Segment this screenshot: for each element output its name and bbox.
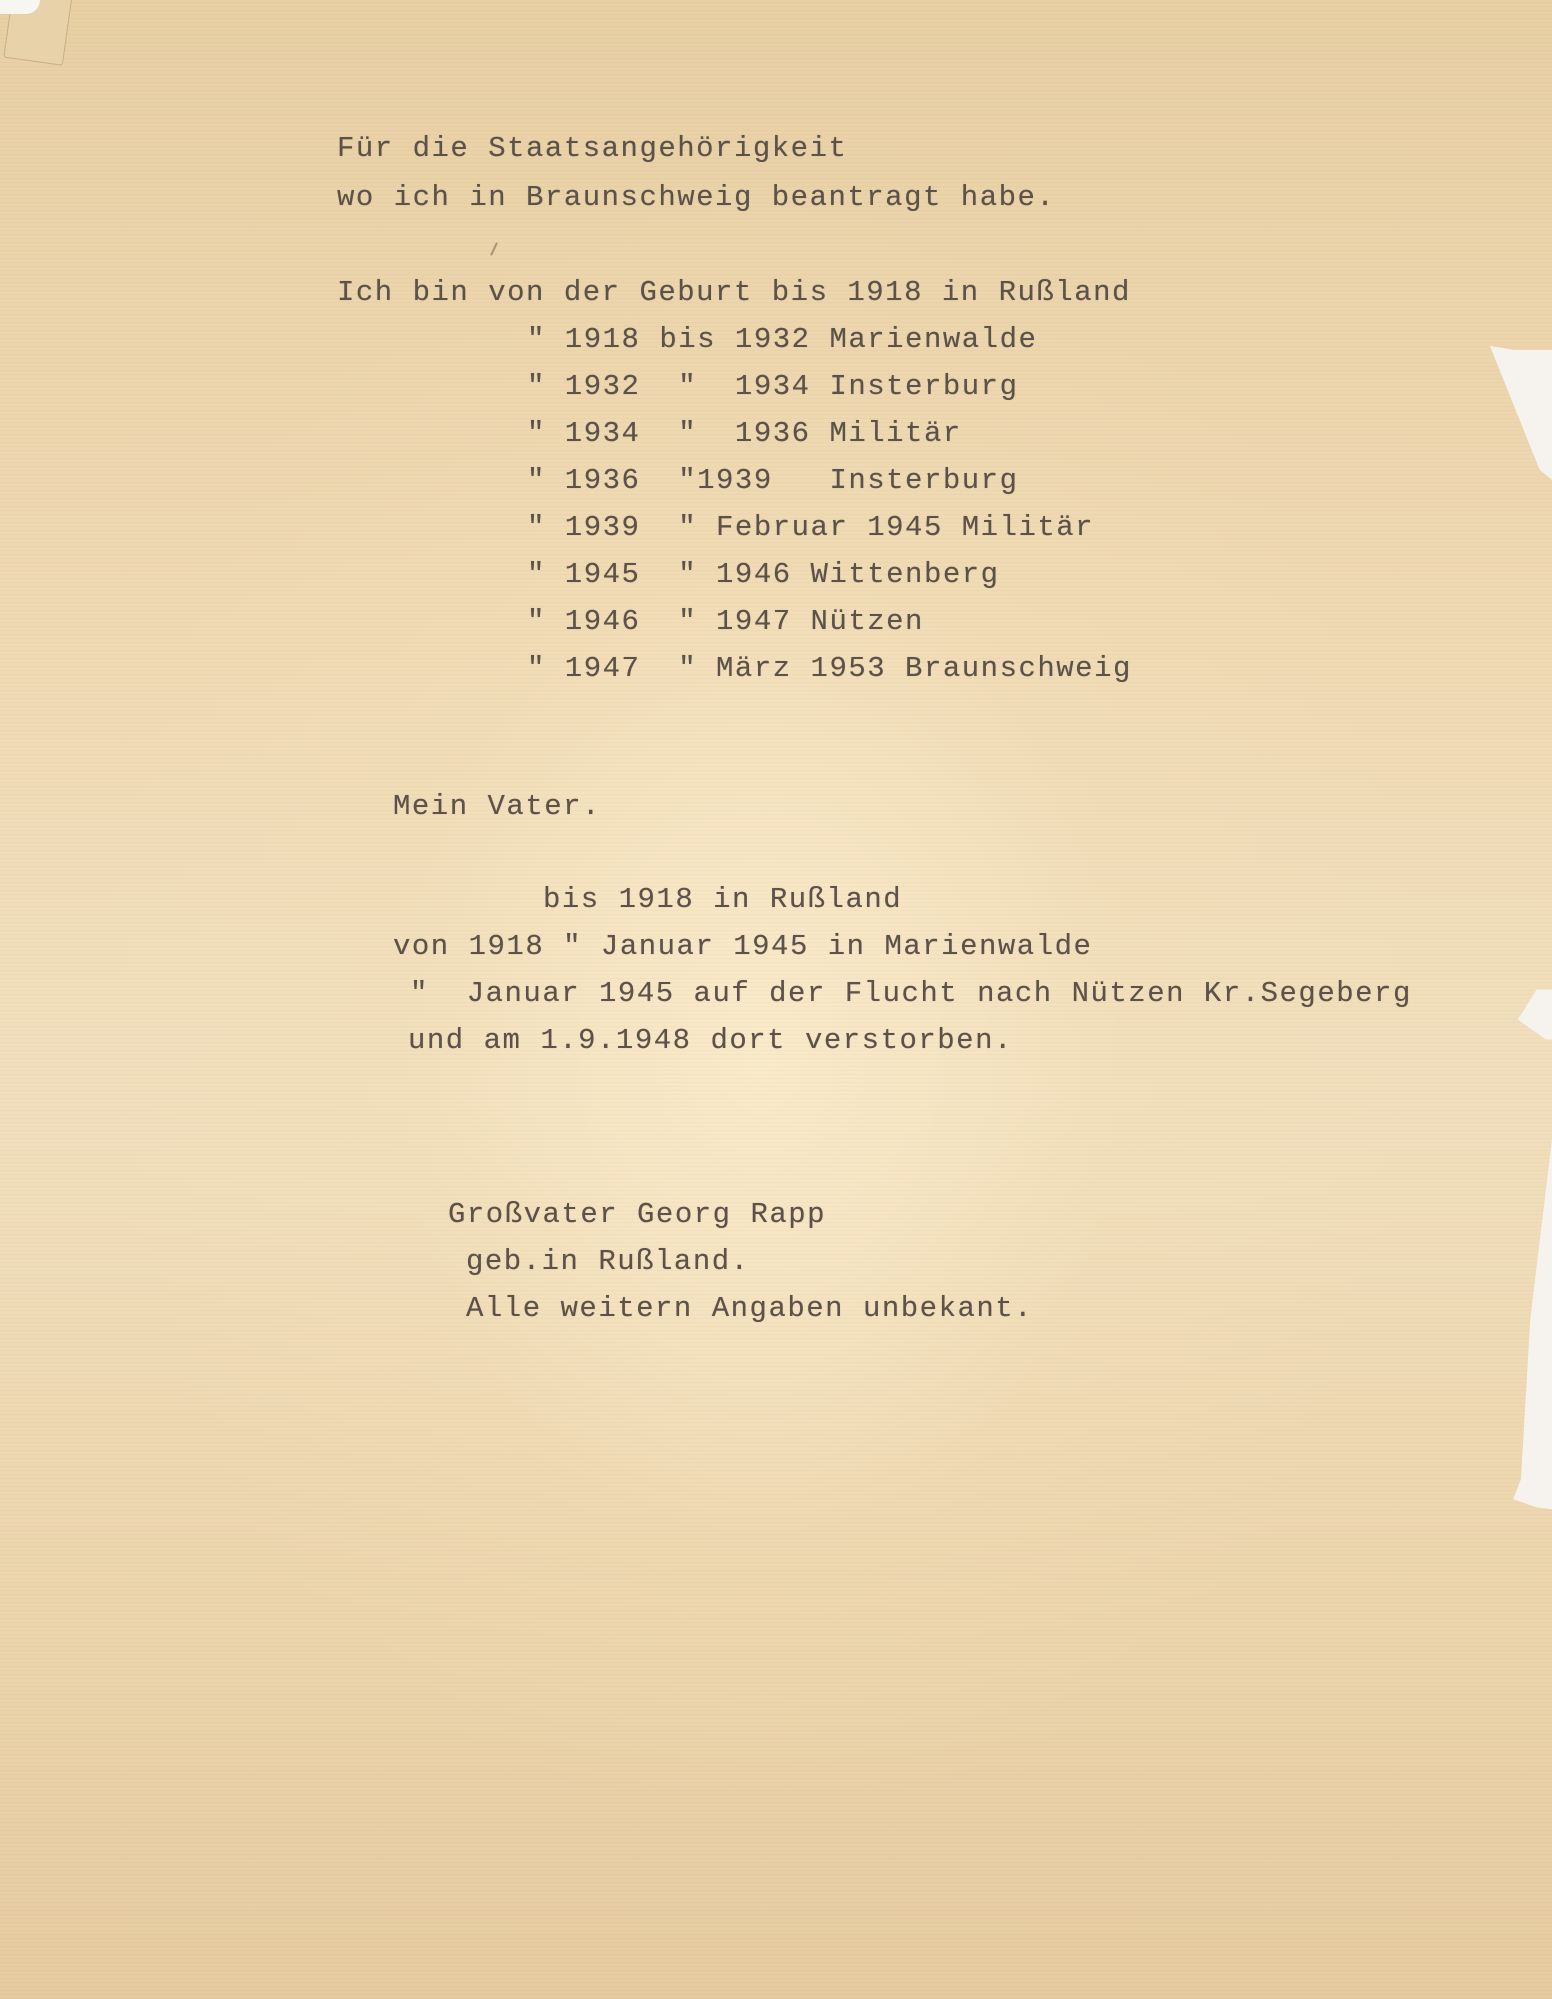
residence-entry: " 1947 " März 1953 Braunschweig — [527, 652, 1132, 685]
residence-entry: " 1936 "1939 Insterburg — [527, 464, 1018, 497]
intro-line-2: wo ich in Braunschweig beantragt habe. — [337, 181, 1055, 214]
residence-heading: Ich bin von der Geburt bis 1918 in Rußla… — [337, 276, 1131, 309]
residence-entry: " 1932 " 1934 Insterburg — [527, 370, 1018, 403]
father-line: " Januar 1945 auf der Flucht nach Nützen… — [410, 977, 1412, 1010]
residence-entry: " 1945 " 1946 Wittenberg — [527, 558, 1000, 591]
grandfather-line: Alle weitern Angaben unbekant. — [466, 1292, 1033, 1325]
father-line: von 1918 " Januar 1945 in Marienwalde — [393, 930, 1092, 963]
intro-line-1: Für die Staatsangehörigkeit — [337, 132, 847, 165]
father-line: und am 1.9.1948 dort verstorben. — [408, 1024, 1013, 1057]
grandfather-line: geb.in Rußland. — [466, 1245, 750, 1278]
residence-entry: " 1934 " 1936 Militär — [527, 417, 962, 450]
father-line: bis 1918 in Rußland — [543, 883, 902, 916]
father-heading: Mein Vater. — [393, 790, 601, 823]
grandfather-heading: Großvater Georg Rapp — [448, 1198, 826, 1231]
residence-entry: " 1939 " Februar 1945 Militär — [527, 511, 1094, 544]
residence-entry: " 1918 bis 1932 Marienwalde — [527, 323, 1037, 356]
residence-entry: " 1946 " 1947 Nützen — [527, 605, 924, 638]
